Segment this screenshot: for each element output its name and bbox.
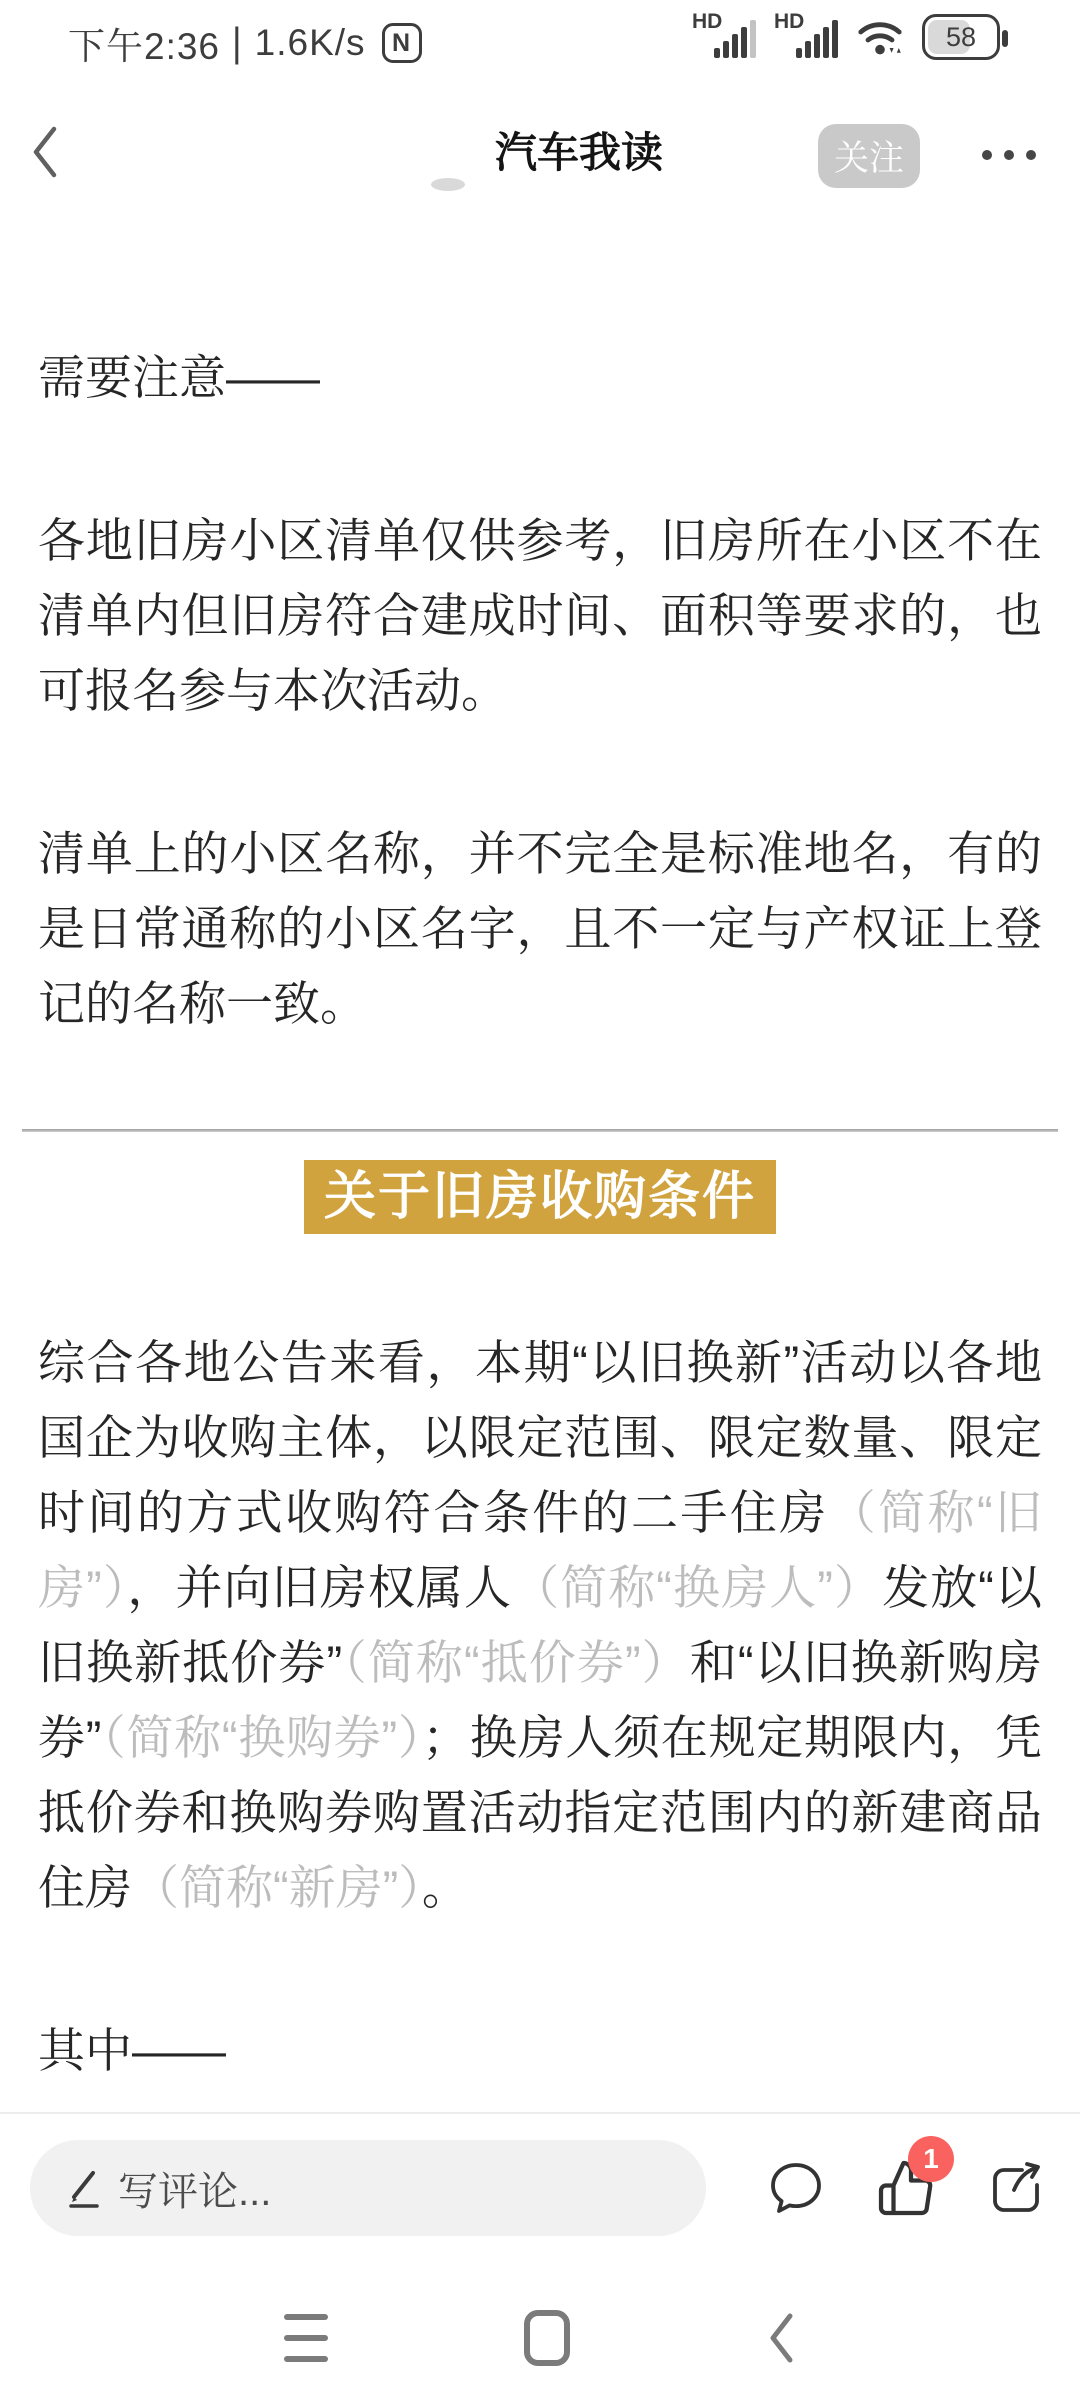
gloss-new-house: （简称“新房”） [132,1861,422,1914]
comment-input[interactable]: 写评论... [30,2140,706,2236]
gloss-credit-voucher: （简称“抵价券”） [342,1636,690,1689]
section-heading-row: 关于旧房收购条件 [38,1160,1042,1235]
section-heading: 关于旧房收购条件 [304,1160,776,1234]
system-back-icon[interactable] [766,2312,796,2364]
comment-icon[interactable] [766,2158,826,2218]
action-icons: 1 [766,2158,1050,2218]
article-body: 需要注意—— 各地旧房小区清单仅供参考，旧房所在小区不在清单内但旧房符合建成时间… [38,0,1042,2176]
paragraph-naming: 清单上的小区名称，并不完全是标准地名，有的是日常通称的小区名字，且不一定与产权证… [38,816,1042,1041]
system-nav-bar [0,2276,1080,2400]
app-screen: 下午2:36 | 1.6K/s N HD HD [0,0,1080,2400]
gloss-swapper: （简称“换房人”） [512,1561,882,1614]
recents-icon[interactable] [284,2314,328,2362]
home-icon[interactable] [524,2310,570,2366]
paragraph-policy: 综合各地公告来看，本期“以旧换新”活动以各地国企为收购主体，以限定范围、限定数量… [38,1325,1042,1925]
like-badge: 1 [908,2136,954,2182]
pencil-icon [64,2166,104,2210]
like-icon[interactable]: 1 [876,2158,936,2218]
section-divider [22,1129,1058,1132]
paragraph-note-heading: 需要注意—— [38,340,1042,415]
comment-bar: 写评论... 1 [0,2112,1080,2262]
share-icon[interactable] [986,2158,1046,2218]
gloss-purchase-voucher: （简称“换购券”） [101,1711,422,1764]
paragraph-among: 其中—— [38,2013,1042,2088]
comment-placeholder: 写评论... [118,2160,271,2217]
paragraph-reference: 各地旧房小区清单仅供参考，旧房所在小区不在清单内但旧房符合建成时间、面积等要求的… [38,503,1042,728]
